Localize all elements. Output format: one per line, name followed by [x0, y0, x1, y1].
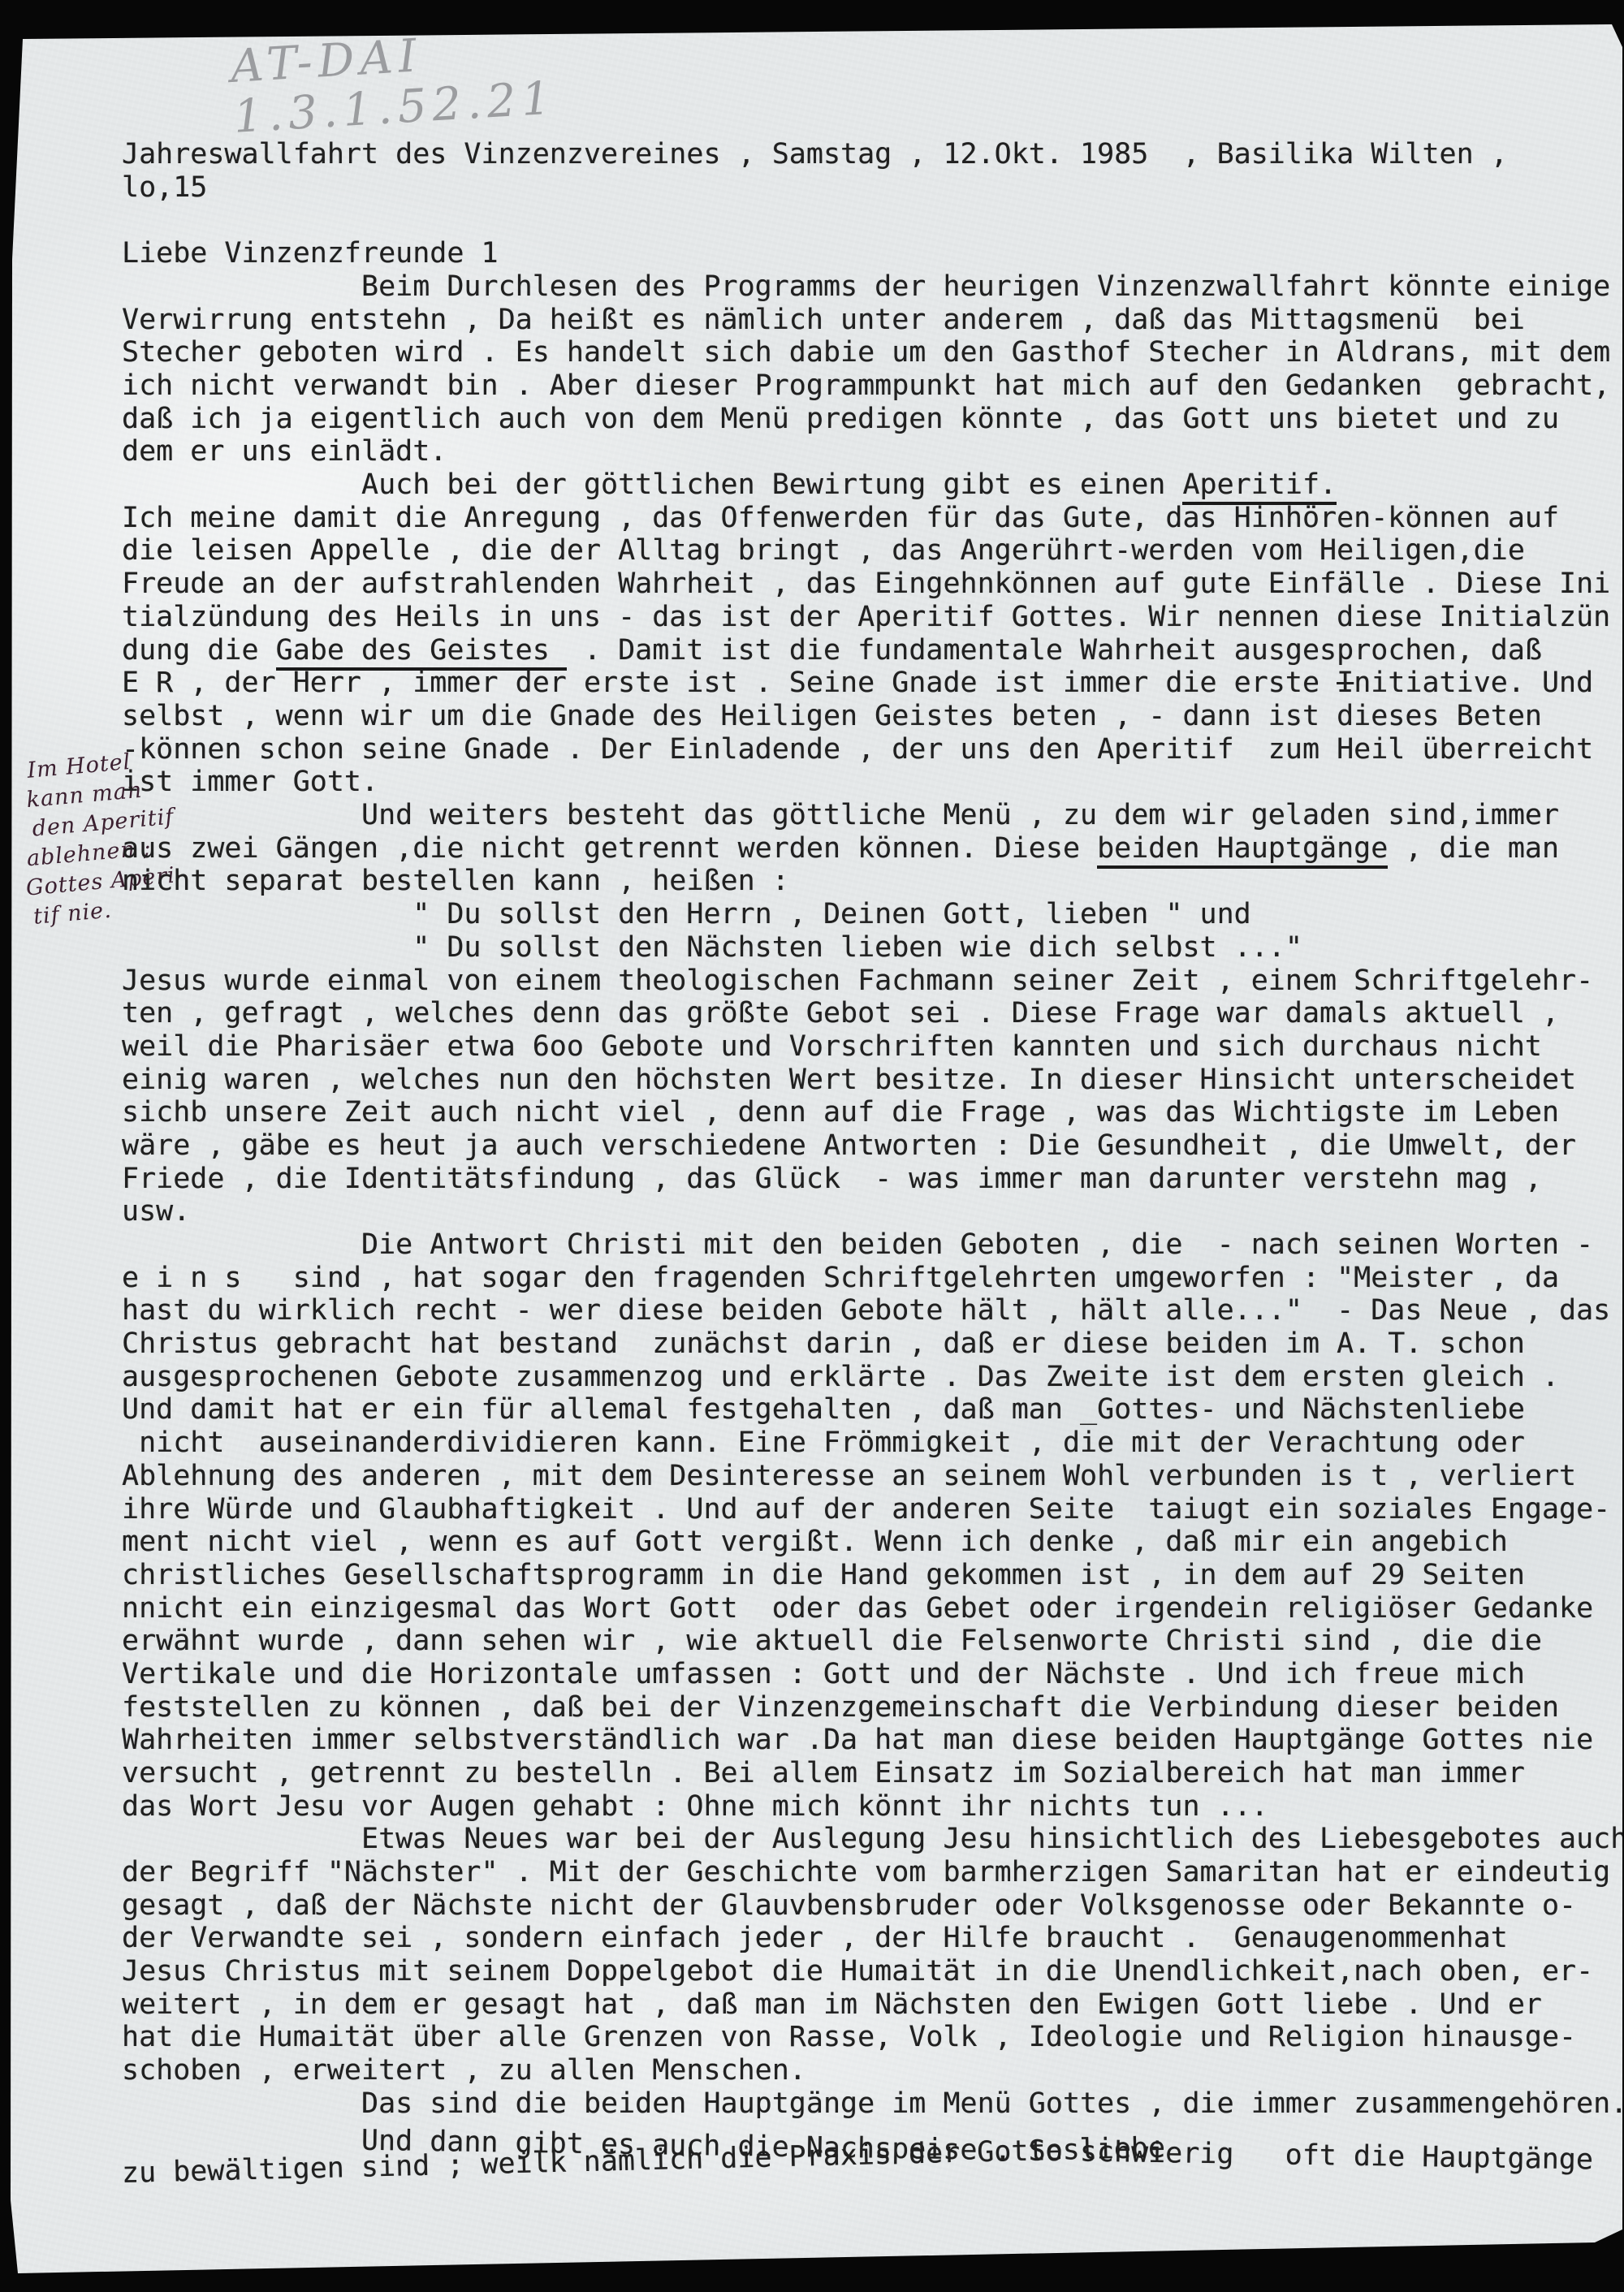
typed-line: wäre , gäbe es heut ja auch verschiedene…	[122, 1129, 1576, 1162]
underlined-phrase: Gabe des Geistes	[276, 634, 567, 671]
typed-line: christliches Gesellschaftsprogramm in di…	[122, 1559, 1525, 1591]
typed-line: der Begriff "Nächster" . Mit der Geschic…	[122, 1856, 1610, 1888]
typed-line: Jahreswallfahrt des Vinzenzvereines , Sa…	[122, 138, 1508, 170]
typed-line: Christus gebracht hat bestand zunächst d…	[122, 1327, 1525, 1360]
typed-line: Freude an der aufstrahlenden Wahrheit , …	[122, 568, 1610, 600]
typed-line: dem er uns einlädt.	[122, 435, 447, 468]
typed-line: ihre Würde und Glaubhaftigkeit . Und auf…	[122, 1493, 1610, 1526]
typed-line: Die Antwort Christi mit den beiden Gebot…	[122, 1228, 1593, 1261]
typed-line: das Wort Jesu vor Augen gehabt : Ohne mi…	[122, 1790, 1268, 1823]
typed-line: ausgesprochenen Gebote zusammenzog und e…	[122, 1361, 1559, 1393]
typed-line: erwähnt wurde , dann sehen wir , wie akt…	[122, 1625, 1542, 1657]
typed-line: usw.	[122, 1195, 190, 1228]
typed-line: ich nicht verwandt bin . Aber dieser Pro…	[122, 369, 1610, 402]
typed-line: feststellen zu können , daß bei der Vinz…	[122, 1691, 1559, 1724]
typed-line: " Du sollst den Nächsten lieben wie dich…	[122, 931, 1302, 964]
typed-line: Liebe Vinzenzfreunde 1	[122, 237, 499, 270]
typed-line: aus zwei Gängen ,die nicht getrennt werd…	[122, 832, 1559, 865]
typed-line: Wahrheiten immer selbstverständlich war …	[122, 1724, 1593, 1756]
typed-line: sichb unsere Zeit auch nicht viel , denn…	[122, 1096, 1559, 1129]
typed-line: ten , gefragt , welches denn das größte …	[122, 997, 1559, 1029]
typed-line: die leisen Appelle , die der Alltag brin…	[122, 534, 1525, 567]
typed-line: Jesus wurde einmal von einem theologisch…	[122, 965, 1593, 997]
typed-line: daß ich ja eigentlich auch von dem Menü …	[122, 403, 1559, 435]
typed-line: hast du wirklich recht - wer diese beide…	[122, 1294, 1610, 1327]
typed-line: E R , der Herr , immer der erste ist . S…	[122, 667, 1593, 699]
typed-line: tialzündung des Heils in uns - das ist d…	[122, 601, 1610, 633]
archival-reference-handwriting: AT-DAI 1.3.1.52.21	[229, 11, 754, 143]
struck-char: I	[1337, 667, 1354, 699]
typed-line: ist immer Gott.	[122, 766, 378, 798]
typed-line: Und damit hat er ein für allemal festgeh…	[122, 1393, 1525, 1426]
typed-line: Ablehnung des anderen , mit dem Desinter…	[122, 1460, 1576, 1492]
typed-line: Und weiters besteht das göttliche Menü ,…	[122, 799, 1559, 831]
typed-line: Ich meine damit die Anregung , das Offen…	[122, 502, 1559, 534]
typed-line: hat die Humaität über alle Grenzen von R…	[122, 2021, 1576, 2053]
typed-line: Beim Durchlesen des Programms der heurig…	[122, 270, 1610, 303]
typed-line: Auch bei der göttlichen Bewirtung gibt e…	[122, 468, 1337, 501]
typed-line: nicht auseinanderdividieren kann. Eine F…	[122, 1427, 1525, 1459]
typed-line: weitert , in dem er gesagt hat , daß man…	[122, 1988, 1542, 2021]
typed-line: nicht separat bestellen kann , heißen :	[122, 865, 789, 897]
typed-line: Friede , die Identitätsfindung , das Glü…	[122, 1163, 1542, 1195]
typed-line: nnicht ein einzigesmal das Wort Gott ode…	[122, 1592, 1593, 1625]
typed-line: Verwirrung entstehn , Da heißt es nämlic…	[122, 304, 1525, 336]
typed-line: lo,15	[122, 171, 207, 204]
typed-line: " Du sollst den Herrn , Deinen Gott, lie…	[122, 898, 1251, 930]
typed-line: schoben , erweitert , zu allen Menschen.	[122, 2054, 806, 2087]
typed-line: dung die Gabe des Geistes . Damit ist di…	[122, 634, 1542, 667]
typed-line: Jesus Christus mit seinem Doppelgebot di…	[122, 1955, 1593, 1988]
typed-line: gesagt , daß der Nächste nicht der Glauv…	[122, 1889, 1576, 1922]
document-page: AT-DAI 1.3.1.52.21 Im Hotelkann manden A…	[0, 0, 1624, 2292]
scan-background: AT-DAI 1.3.1.52.21 Im Hotelkann manden A…	[0, 0, 1624, 2292]
underlined-phrase: beiden Hauptgänge	[1097, 832, 1388, 869]
typed-line: Etwas Neues war bei der Auslegung Jesu h…	[122, 1823, 1624, 1855]
typed-line: einig waren , welches nun den höchsten W…	[122, 1064, 1576, 1096]
typed-line: versucht , getrennt zu bestelln . Bei al…	[122, 1757, 1525, 1789]
typed-line: -können schon seine Gnade . Der Einladen…	[122, 733, 1593, 766]
underlined-phrase: Aperitif.	[1182, 468, 1337, 505]
typed-line: Stecher geboten wird . Es handelt sich d…	[122, 336, 1610, 369]
typed-line: der Verwandte sei , sondern einfach jede…	[122, 1922, 1508, 1954]
typed-line: e i n s sind , hat sogar den fragenden S…	[122, 1262, 1559, 1294]
typed-line: Das sind die beiden Hauptgänge im Menü G…	[122, 2087, 1624, 2120]
typed-line: Vertikale und die Horizontale umfassen :…	[122, 1658, 1525, 1690]
typed-line: ment nicht viel , wenn es auf Gott vergi…	[122, 1526, 1508, 1558]
typed-line: selbst , wenn wir um die Gnade des Heili…	[122, 700, 1542, 732]
typed-line: weil die Pharisäer etwa 6oo Gebote und V…	[122, 1030, 1542, 1063]
